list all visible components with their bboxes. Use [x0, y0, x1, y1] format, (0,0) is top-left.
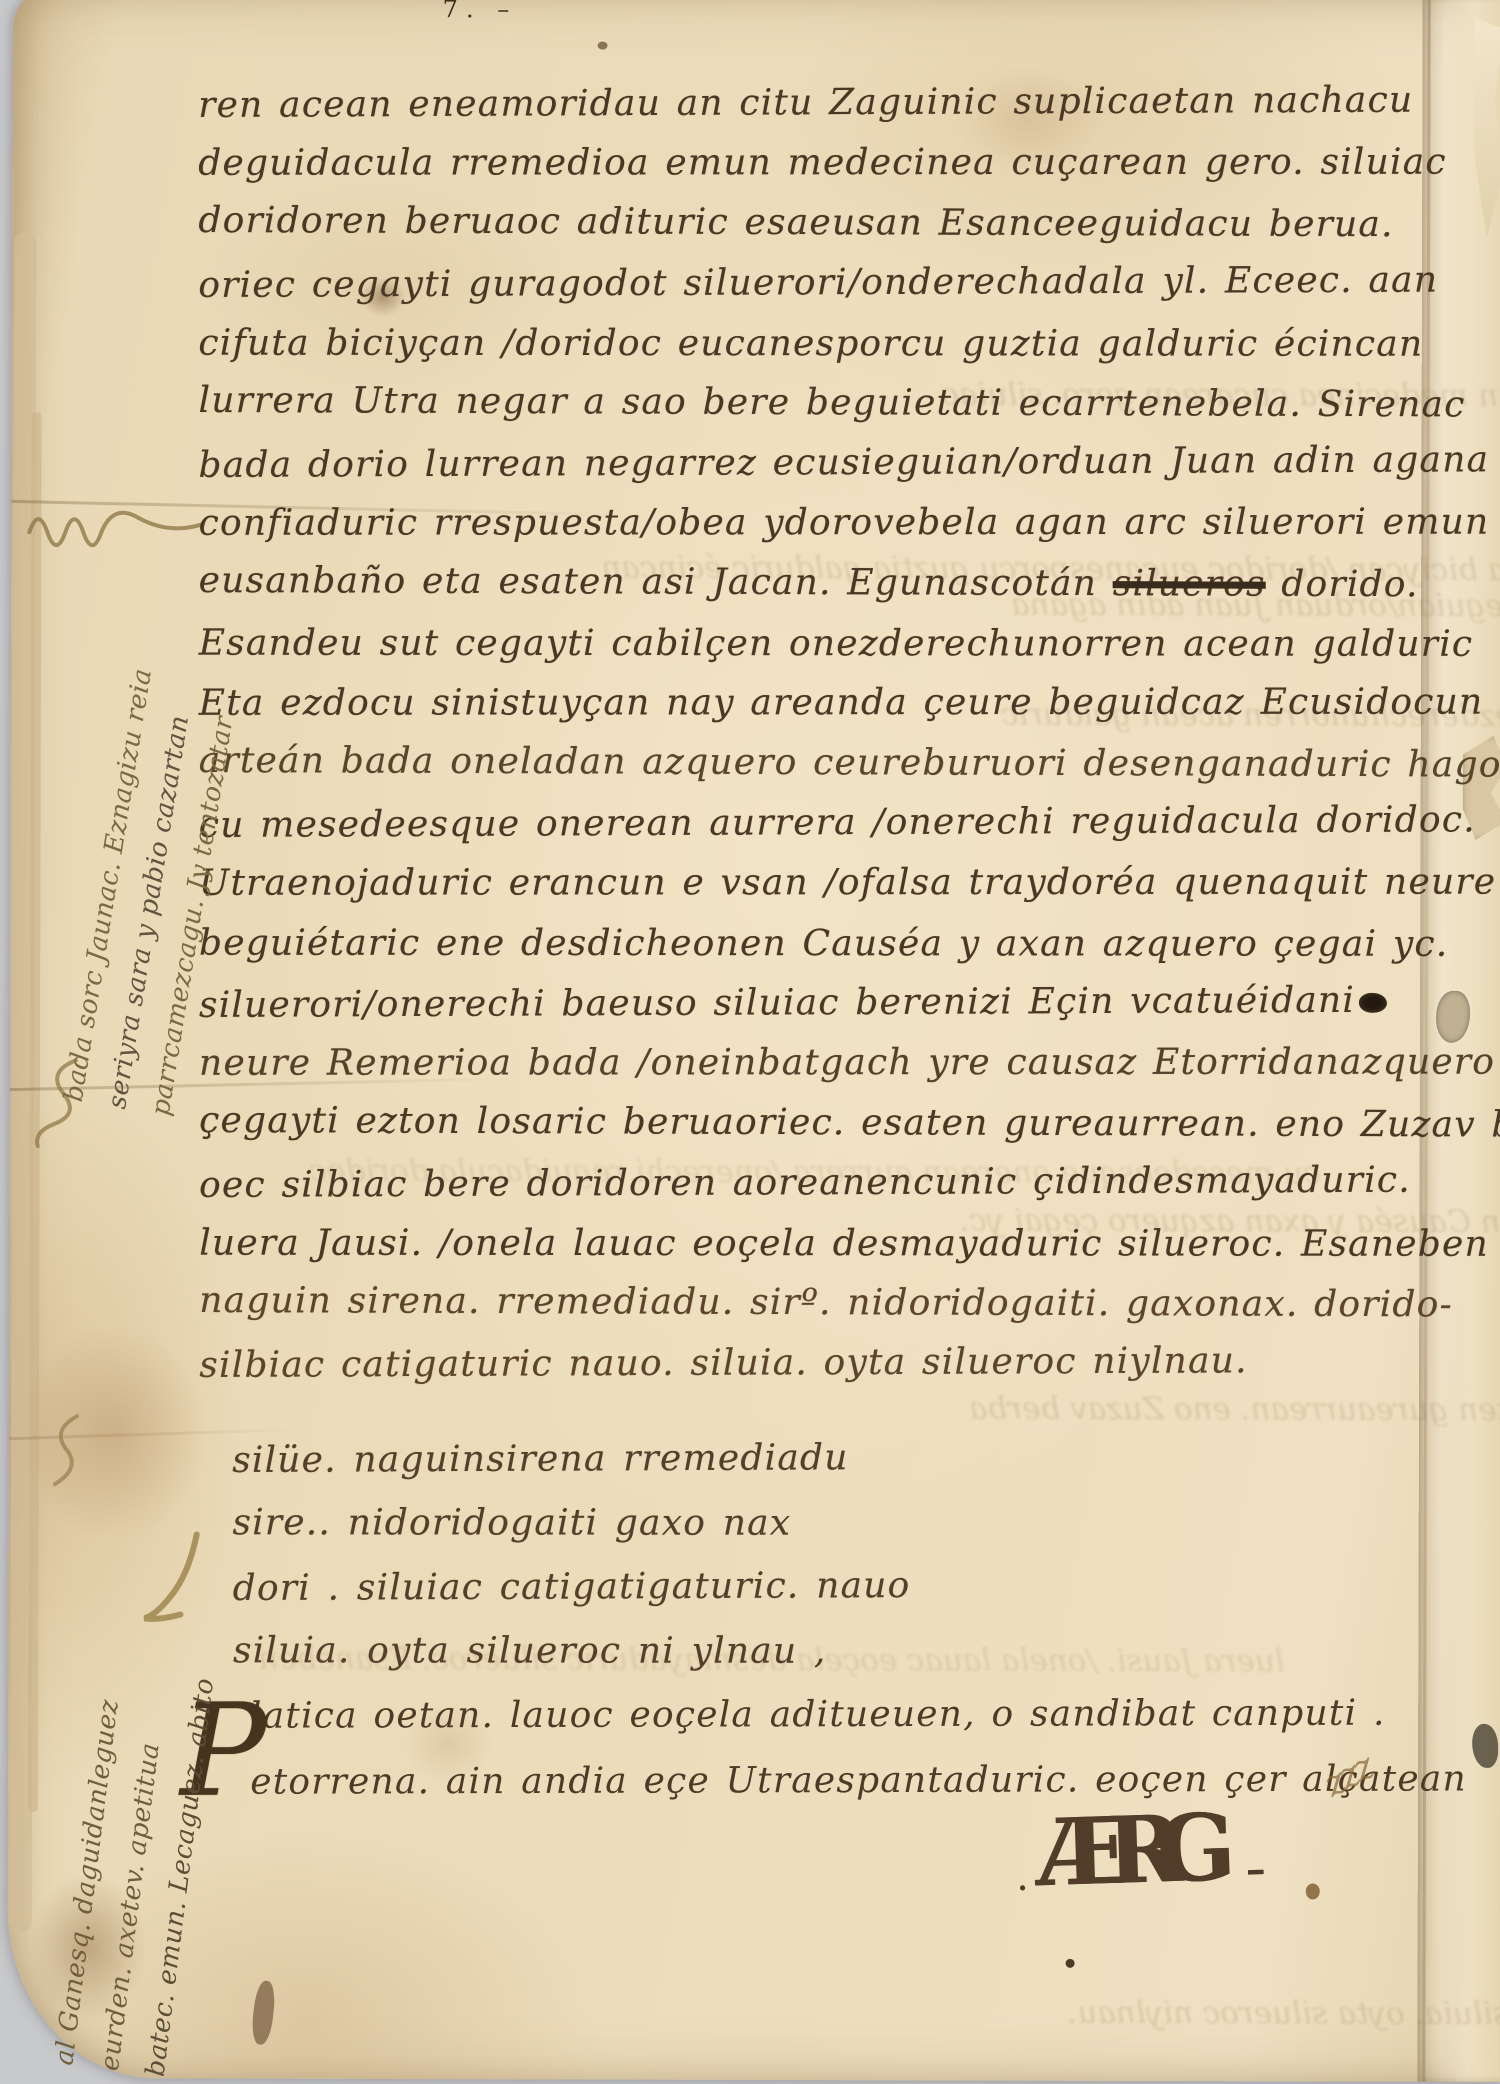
speech-line: siluia. oyta silueroc ni ylnau , — [233, 1630, 911, 1695]
manuscript-line: bada dorio lurrean negarrez ecusieguian/… — [198, 439, 1458, 504]
scanned-manuscript: { "page": { "folio_mark": "7. –", "color… — [0, 0, 1500, 2072]
closing-line: latica oetan. lauoc eoçela aditueuen, o … — [250, 1692, 1467, 1761]
manuscript-line: deguidacula rremedioa emun medecinea cuç… — [198, 142, 1458, 203]
closing-paragraph: P latica oetan. lauoc eoçela aditueuen, … — [180, 1692, 1467, 1827]
torn-edge-bottom — [1472, 1724, 1498, 1768]
manuscript-line: cu mesedeesque onerean aurrera /onerechi… — [199, 799, 1459, 864]
manuscript-line: luera Jausi. /onela lauac eoçela desmaya… — [199, 1223, 1459, 1284]
speech-line: dori . siluiac catigatigaturic. nauo — [233, 1565, 911, 1632]
line-segment: dorido. — [1266, 564, 1419, 606]
manuscript-line: confiaduric rrespuesta/obea ydorovebela … — [199, 502, 1459, 563]
monogram-letters: ÆRG — [1036, 1804, 1241, 1898]
speech-line: silüe. naguinsirena rremediadu — [232, 1437, 910, 1504]
pen-flourish — [138, 1530, 208, 1630]
manuscript-line: ren acean eneamoridau an citu Zaguinic s… — [198, 79, 1458, 144]
manuscript-line: beguiétaric ene desdicheonen Causéa y ax… — [199, 923, 1459, 984]
manuscript-line: arteán bada oneladan azquero ceureburuor… — [199, 740, 1459, 804]
manuscript-line: Eta ezdocu sinistuyçan nay areanda çeure… — [199, 682, 1459, 743]
line-segment: siluerori/onerechi baeuso siluiac bereni… — [199, 980, 1355, 1026]
ink-blot — [1359, 993, 1387, 1013]
manuscript-line: neure Remerioa bada /oneinbatgach yre ca… — [199, 1042, 1459, 1103]
pen-flourish — [25, 484, 205, 574]
manuscript-line: oec silbiac bere doridoren aoreanencunic… — [199, 1159, 1459, 1224]
main-text-block: ren acean eneamoridau an citu Zaguinic s… — [198, 82, 1459, 1403]
paper-speck — [1066, 1959, 1075, 1968]
ink-blot-corner — [250, 1980, 277, 2046]
monogram-dash: - — [1245, 1842, 1267, 1891]
manuscript-line: Esandeu sut cegayti cabilçen onezderechu… — [199, 623, 1459, 684]
marginalia-lower: al Ganesq. daguidanleguez eurden. axetev… — [41, 1664, 228, 2072]
manuscript-line: naguin sirena. rremediadu. sirº. nidorid… — [199, 1280, 1459, 1344]
pen-flourish — [37, 1410, 97, 1490]
showthrough-text: silbiac catigaturic nauo. siluia. oyta s… — [1067, 1995, 1500, 2033]
struck-word: silueros — [1113, 563, 1266, 605]
speech-list: silüe. naguinsirena rremediadu sire.. ni… — [232, 1437, 911, 1696]
manuscript-line: Utraenojaduric erancun e vsan /ofalsa tr… — [199, 862, 1459, 923]
paper-speck — [1306, 1883, 1320, 1899]
folio-mark: 7. – — [443, 0, 518, 23]
manuscript-line: çegayti ezton losaric beruaoriec. esaten… — [199, 1100, 1459, 1164]
manuscript-line: silbiac catigaturic nauo. siluia. oyta s… — [199, 1339, 1459, 1404]
scribe-monogram: . ÆRG - — [1015, 1803, 1267, 1898]
line-segment: eusanbaño eta esaten asi Jacan. Egunasco… — [199, 560, 1113, 604]
manuscript-line: lurrera Utra negar a sao bere beguietati… — [198, 380, 1458, 444]
manuscript-line-with-strikethrough: eusanbaño eta esaten asi Jacan. Egunasco… — [199, 560, 1459, 624]
manuscript-line-with-blot: siluerori/onerechi baeuso siluiac bereni… — [199, 979, 1459, 1044]
paper-speck — [598, 42, 608, 50]
manuscript-line: oriec cegayti guragodot siluerori/ondere… — [198, 259, 1458, 324]
manuscript-page: deguidacula rremedioa emun medecinea cuç… — [7, 0, 1500, 2072]
manuscript-line: doridoren beruaoc adituric esaeusan Esan… — [198, 200, 1458, 264]
monogram-dot: . — [1016, 1854, 1028, 1898]
manuscript-line: cifuta biciyçan /doridoc eucanesporcu gu… — [198, 323, 1458, 384]
closing-line: etorrena. ain andia eçe Utraespantaduric… — [250, 1758, 1467, 1827]
speech-line: sire.. nidoridogaiti gaxo nax — [232, 1502, 910, 1567]
